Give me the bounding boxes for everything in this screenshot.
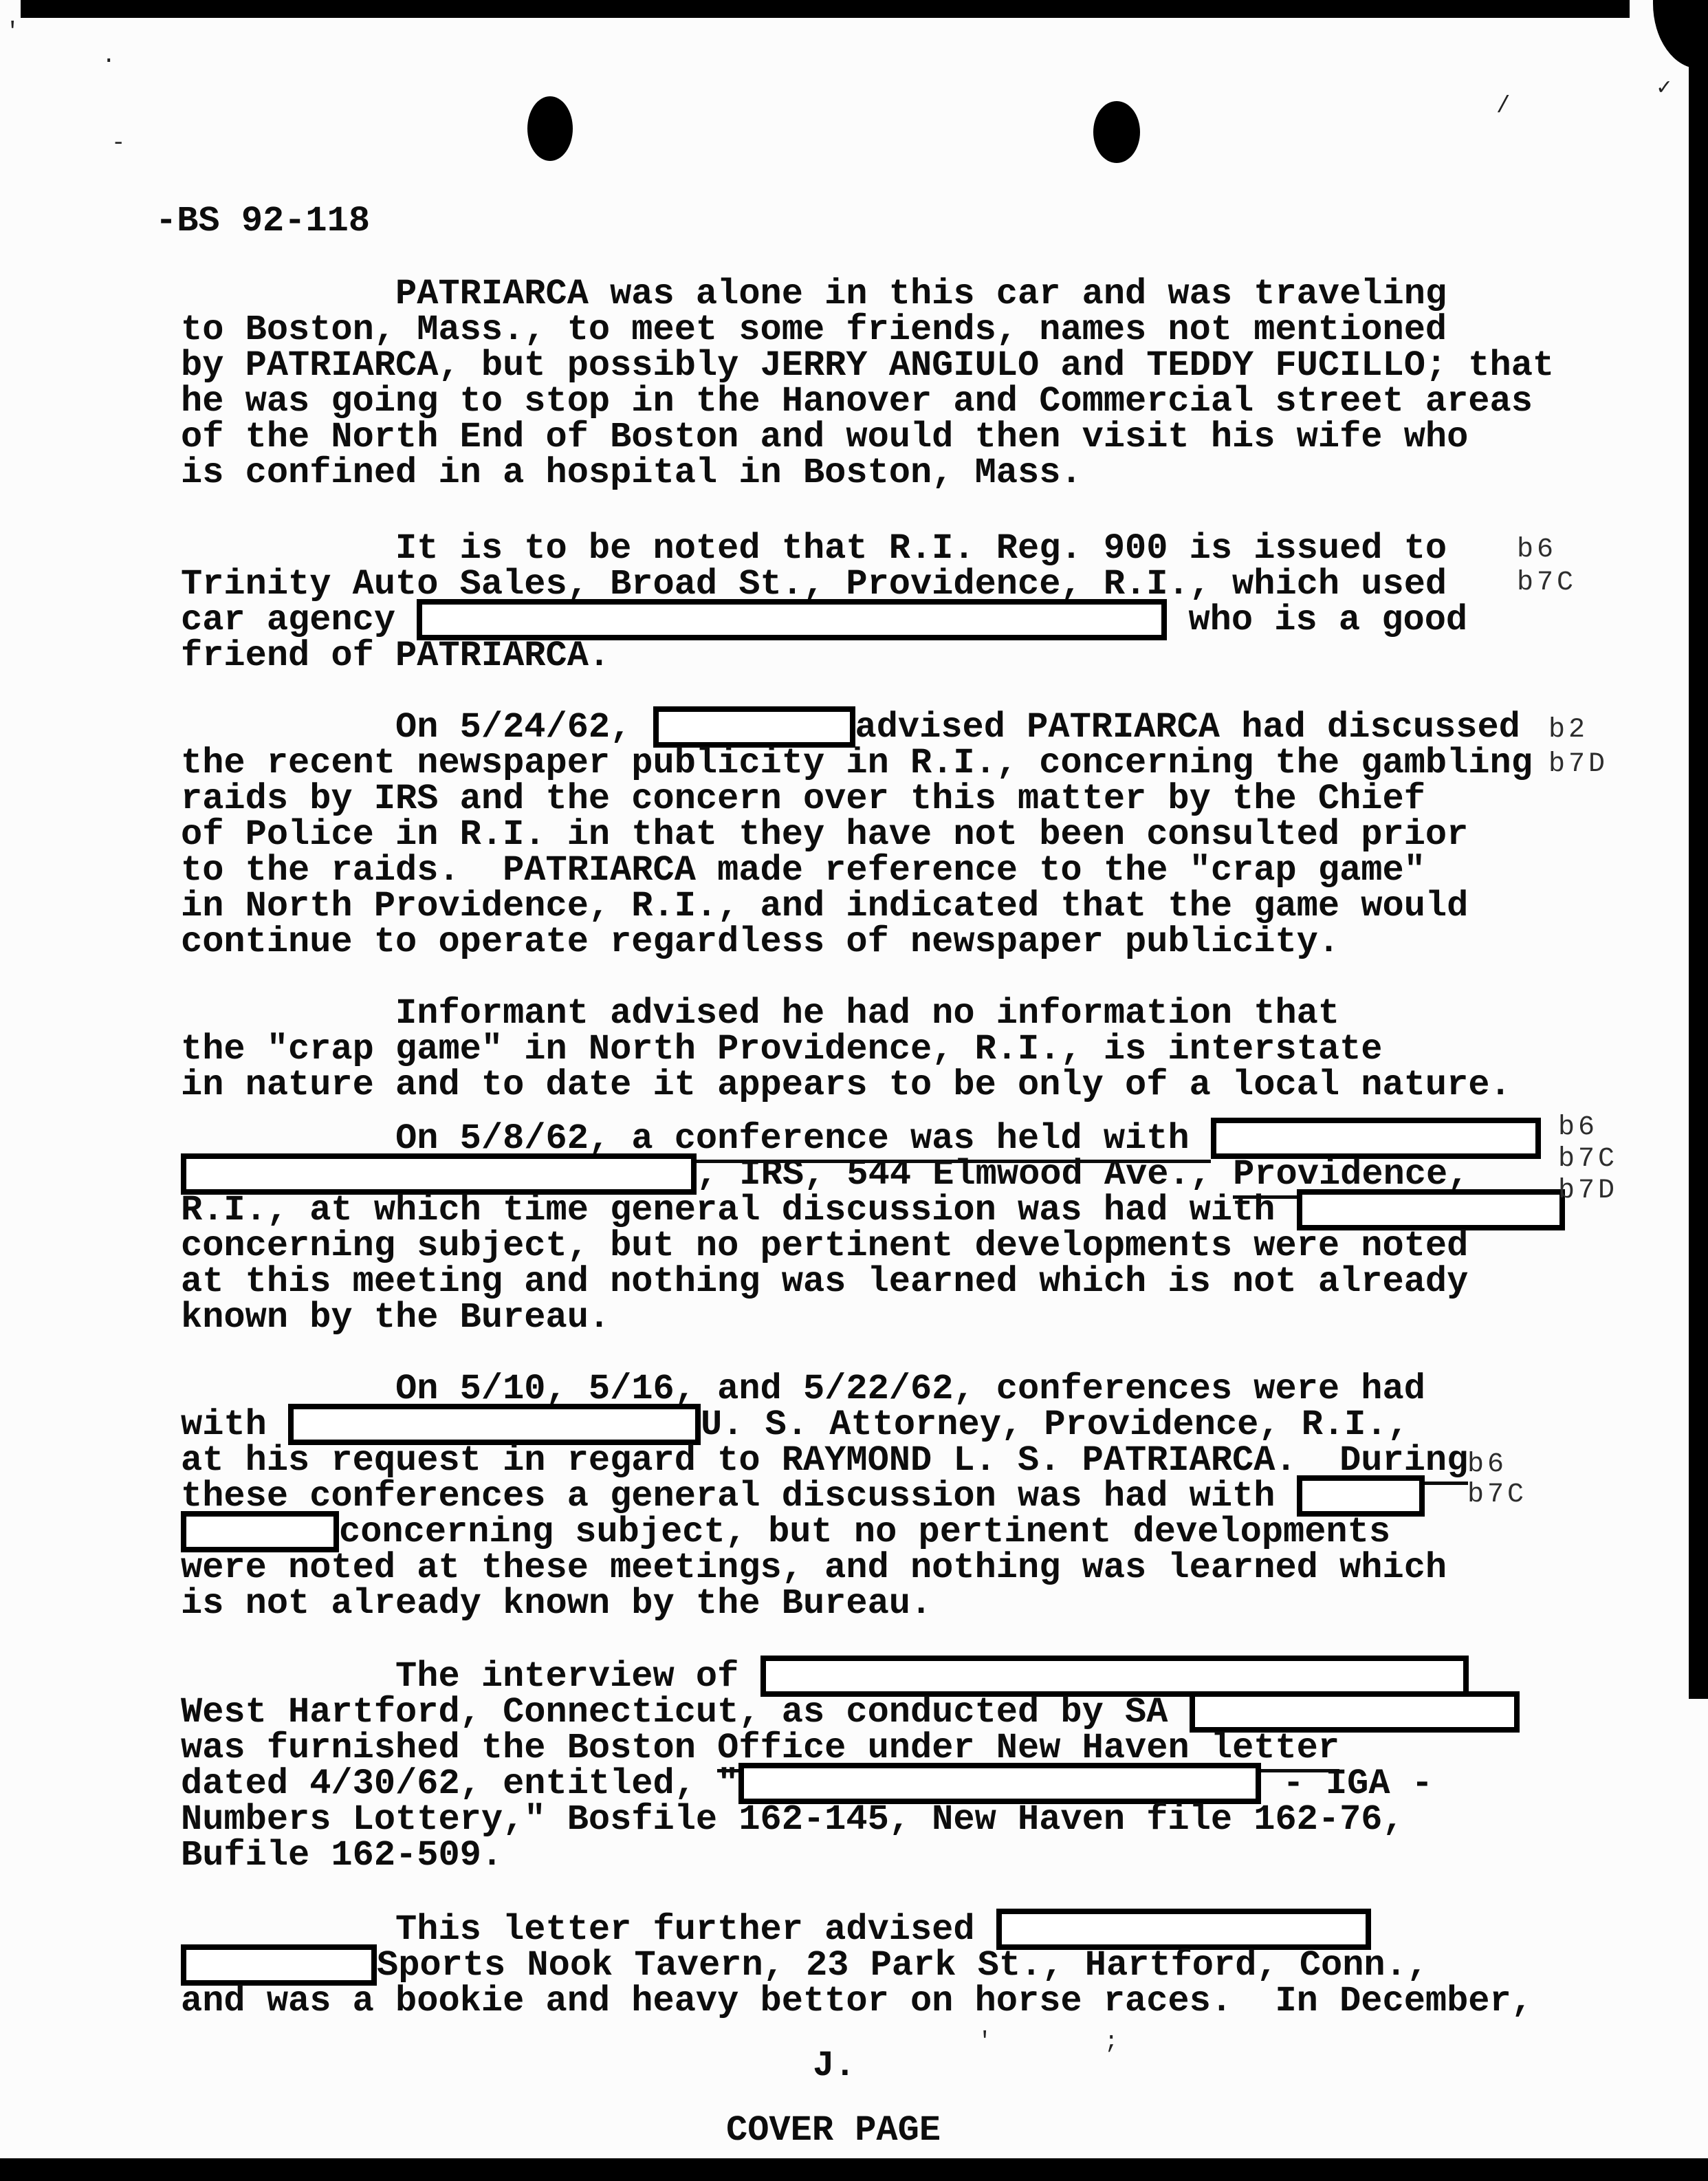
typed-text: friend of PATRIARCA. — [181, 636, 610, 676]
scan-speck: - — [111, 132, 125, 155]
typed-line: the recent newspaper publicity in R.I., … — [181, 746, 1533, 781]
redaction-box — [1297, 1475, 1425, 1517]
typed-text: these conferences a general discussion w… — [181, 1476, 1297, 1517]
typed-line: car agency who is a good — [181, 603, 1467, 638]
hole-punch — [1093, 101, 1140, 163]
typed-line: friend of PATRIARCA. — [181, 638, 610, 674]
typed-text: , IRS, 544 Elmwood Ave., — [697, 1154, 1233, 1195]
typed-text: concerning subject, but no pertinent dev… — [339, 1512, 1390, 1552]
typed-text: and was a bookie and heavy bettor on hor… — [181, 1981, 1533, 2021]
typed-line: The interview of — [181, 1659, 1469, 1695]
typed-line: at his request in regard to RAYMOND L. S… — [181, 1443, 1468, 1479]
typed-text — [181, 1369, 395, 1409]
typed-line: is not already known by the Bureau. — [181, 1586, 932, 1622]
exemption-code: b7D — [1558, 1176, 1618, 1206]
typed-line: J. — [813, 2048, 855, 2084]
typed-text: to the raids. PATRIARCA made reference t… — [181, 850, 1425, 891]
bottom-edge-bar — [0, 2158, 1708, 2181]
top-right-corner-blob — [1653, 0, 1708, 69]
typed-text: were noted at these meetings, and nothin… — [181, 1548, 1447, 1588]
typed-line: to the raids. PATRIARCA made reference t… — [181, 853, 1425, 889]
typed-line: It is to be noted that R.I. Reg. 900 is … — [181, 531, 1447, 567]
typed-text: COVER PAGE — [726, 2110, 941, 2151]
typed-line: On 5/10, 5/16, and 5/22/62, conferences … — [181, 1371, 1425, 1407]
hole-punch — [527, 96, 573, 161]
typed-text: PATRIARCA was alone in this car and was … — [181, 274, 1447, 314]
typed-text: is confined in a hospital in Boston, Mas… — [181, 453, 1082, 493]
redaction-box — [288, 1404, 701, 1445]
redaction-box — [1211, 1118, 1541, 1159]
exemption-code: b2 — [1548, 715, 1588, 746]
redaction-box — [760, 1656, 1469, 1697]
typed-line: these conferences a general discussion w… — [181, 1479, 1425, 1515]
typed-text: of the North End of Boston and would the… — [181, 417, 1468, 457]
typed-line: Numbers Lottery," Bosfile 162-145, New H… — [181, 1802, 1404, 1838]
typed-line: was furnished the Boston Office under Ne… — [181, 1730, 1339, 1766]
typed-text: J. — [813, 2046, 855, 2086]
typed-line: PATRIARCA was alone in this car and was … — [181, 276, 1447, 312]
exemption-code: b7C — [1517, 568, 1577, 598]
typed-line: R.I., at which time general discussion w… — [181, 1193, 1565, 1228]
typed-text: in North Providence, R.I., and indicated… — [181, 886, 1468, 926]
scanned-document-page: -BS 92-118 PATRIARCA was alone in this c… — [0, 0, 1708, 2181]
scan-speck: · — [102, 50, 116, 73]
exemption-code: b6 — [1517, 535, 1557, 565]
typed-text: Sports Nook Tavern, 23 Park St., Hartfor… — [377, 1945, 1428, 1986]
typed-line: Informant advised he had no information … — [181, 996, 1339, 1032]
typed-line: in nature and to date it appears to be o… — [181, 1067, 1511, 1103]
typed-text: R.I., at which time general discussion w… — [181, 1190, 1297, 1230]
typed-line: he was going to stop in the Hanover and … — [181, 384, 1533, 420]
scan-speck: ; — [1104, 2030, 1118, 2054]
exemption-code: b7C — [1558, 1144, 1618, 1175]
typed-text: of Police in R.I. in that they have not … — [181, 814, 1468, 855]
typed-text: Bufile 162-509. — [181, 1835, 503, 1876]
redaction-box — [1190, 1691, 1520, 1733]
typed-text: was furnished the Boston — [181, 1728, 717, 1768]
typed-text: continue to operate regardless of newspa… — [181, 922, 1339, 962]
exemption-code: b7C — [1467, 1480, 1527, 1510]
typed-line: is confined in a hospital in Boston, Mas… — [181, 455, 1082, 491]
typed-text: Informant advised he had no information … — [181, 993, 1339, 1034]
typed-text: West Hartford, Connecticut, as conducted… — [181, 1692, 1190, 1733]
scan-speck: ✓ — [1657, 77, 1671, 100]
top-edge-bar — [21, 0, 1630, 18]
redaction-box — [181, 1153, 697, 1195]
typed-text: It is to be noted that R.I. Reg. 900 is … — [181, 528, 1447, 569]
typed-text: at his request in regard to RAYMOND L. S… — [181, 1440, 1339, 1481]
typed-line: raids by IRS and the concern over this m… — [181, 781, 1425, 817]
typed-text: dated 4/30/62, entitled, " — [181, 1764, 738, 1804]
redaction-box — [181, 1511, 339, 1552]
redaction-box — [653, 706, 855, 748]
typed-line: Trinity Auto Sales, Broad St., Providenc… — [181, 567, 1447, 603]
exemption-code: b6 — [1467, 1450, 1507, 1480]
typed-line: known by the Bureau. — [181, 1300, 610, 1336]
typed-text: On 5/24/62, — [181, 707, 653, 748]
typed-text: by PATRIARCA, but possibly JERRY ANGIULO… — [181, 345, 1554, 386]
typed-line: Sports Nook Tavern, 23 Park St., Hartfor… — [181, 1948, 1428, 1984]
typed-text: The interview of — [181, 1656, 760, 1697]
typed-text: the "crap game" in North Providence, R.I… — [181, 1029, 1382, 1070]
typed-line: of the North End of Boston and would the… — [181, 420, 1468, 455]
scan-speck: ' — [6, 21, 19, 44]
typed-text: he was going to stop in the Hanover and … — [181, 381, 1533, 422]
typed-line: This letter further advised — [181, 1912, 1371, 1948]
typed-text: This letter further advised — [181, 1909, 996, 1950]
typed-line: concerning subject, but no pertinent dev… — [181, 1515, 1390, 1550]
typed-line: the "crap game" in North Providence, R.I… — [181, 1032, 1382, 1067]
typed-line: concerning subject, but no pertinent dev… — [181, 1228, 1468, 1264]
typed-text: and 5/22/62, conferences were had — [696, 1369, 1425, 1409]
typed-line: dated 4/30/62, entitled, " - IGA - — [181, 1766, 1433, 1802]
typed-line: and was a bookie and heavy bettor on hor… — [181, 1984, 1533, 2019]
typed-text: advised PATRIARCA had discussed — [855, 707, 1520, 748]
typed-text: to Boston, Mass., to meet some friends, … — [181, 310, 1447, 350]
typed-text: Trinity Auto Sales, Broad St., Providenc… — [181, 564, 1447, 605]
typed-text: U. S. Attorney, Providence, R.I., — [701, 1404, 1409, 1445]
redaction-box — [417, 599, 1167, 640]
typed-text: raids by IRS and the concern over this m… — [181, 779, 1425, 819]
redaction-box — [1297, 1189, 1565, 1230]
typed-line: On 5/8/62, a conference was held with — [181, 1121, 1541, 1157]
right-edge-strip — [1689, 0, 1708, 1699]
typed-line: of Police in R.I. in that they have not … — [181, 817, 1468, 853]
typed-line: On 5/24/62, advised PATRIARCA had discus… — [181, 710, 1520, 746]
typed-line: with U. S. Attorney, Providence, R.I., — [181, 1407, 1409, 1443]
typed-text: who is a good — [1167, 600, 1467, 640]
typed-line: at this meeting and nothing was learned … — [181, 1264, 1468, 1300]
typed-text: concerning subject, but no pertinent dev… — [181, 1226, 1468, 1266]
typed-line: West Hartford, Connecticut, as conducted… — [181, 1695, 1520, 1730]
typed-text: known by the Bureau. — [181, 1297, 610, 1338]
typed-line: COVER PAGE — [726, 2113, 941, 2149]
redaction-box — [181, 1944, 377, 1986]
scan-speck: ' — [978, 2030, 992, 2054]
scan-speck: / — [1496, 95, 1510, 118]
typed-line: in North Providence, R.I., and indicated… — [181, 889, 1468, 924]
typed-text: car agency — [181, 600, 417, 640]
typed-text: in nature and to date it appears to be o… — [181, 1065, 1511, 1105]
typed-text — [181, 1118, 395, 1159]
typed-text: the recent newspaper publicity in R.I., … — [181, 743, 1533, 783]
typed-line: Bufile 162-509. — [181, 1838, 503, 1874]
typed-text: at this meeting and nothing was learned … — [181, 1261, 1468, 1302]
redaction-box — [996, 1909, 1371, 1950]
typed-line: , IRS, 544 Elmwood Ave., Providence, — [181, 1157, 1469, 1193]
redaction-box — [738, 1763, 1261, 1804]
typed-text: with — [181, 1404, 288, 1445]
typed-text: Numbers Lottery," Bosfile 162-145, New H… — [181, 1799, 1404, 1840]
file-number-header: -BS 92-118 — [155, 204, 370, 239]
typed-line: continue to operate regardless of newspa… — [181, 924, 1339, 960]
typed-text: - IGA - — [1261, 1764, 1433, 1804]
typed-text: is not already known by the Bureau. — [181, 1583, 932, 1624]
typed-line: were noted at these meetings, and nothin… — [181, 1550, 1447, 1586]
typed-line: by PATRIARCA, but possibly JERRY ANGIULO… — [181, 348, 1554, 384]
exemption-code: b7D — [1548, 750, 1608, 780]
typed-line: to Boston, Mass., to meet some friends, … — [181, 312, 1447, 348]
exemption-code: b6 — [1558, 1113, 1598, 1143]
